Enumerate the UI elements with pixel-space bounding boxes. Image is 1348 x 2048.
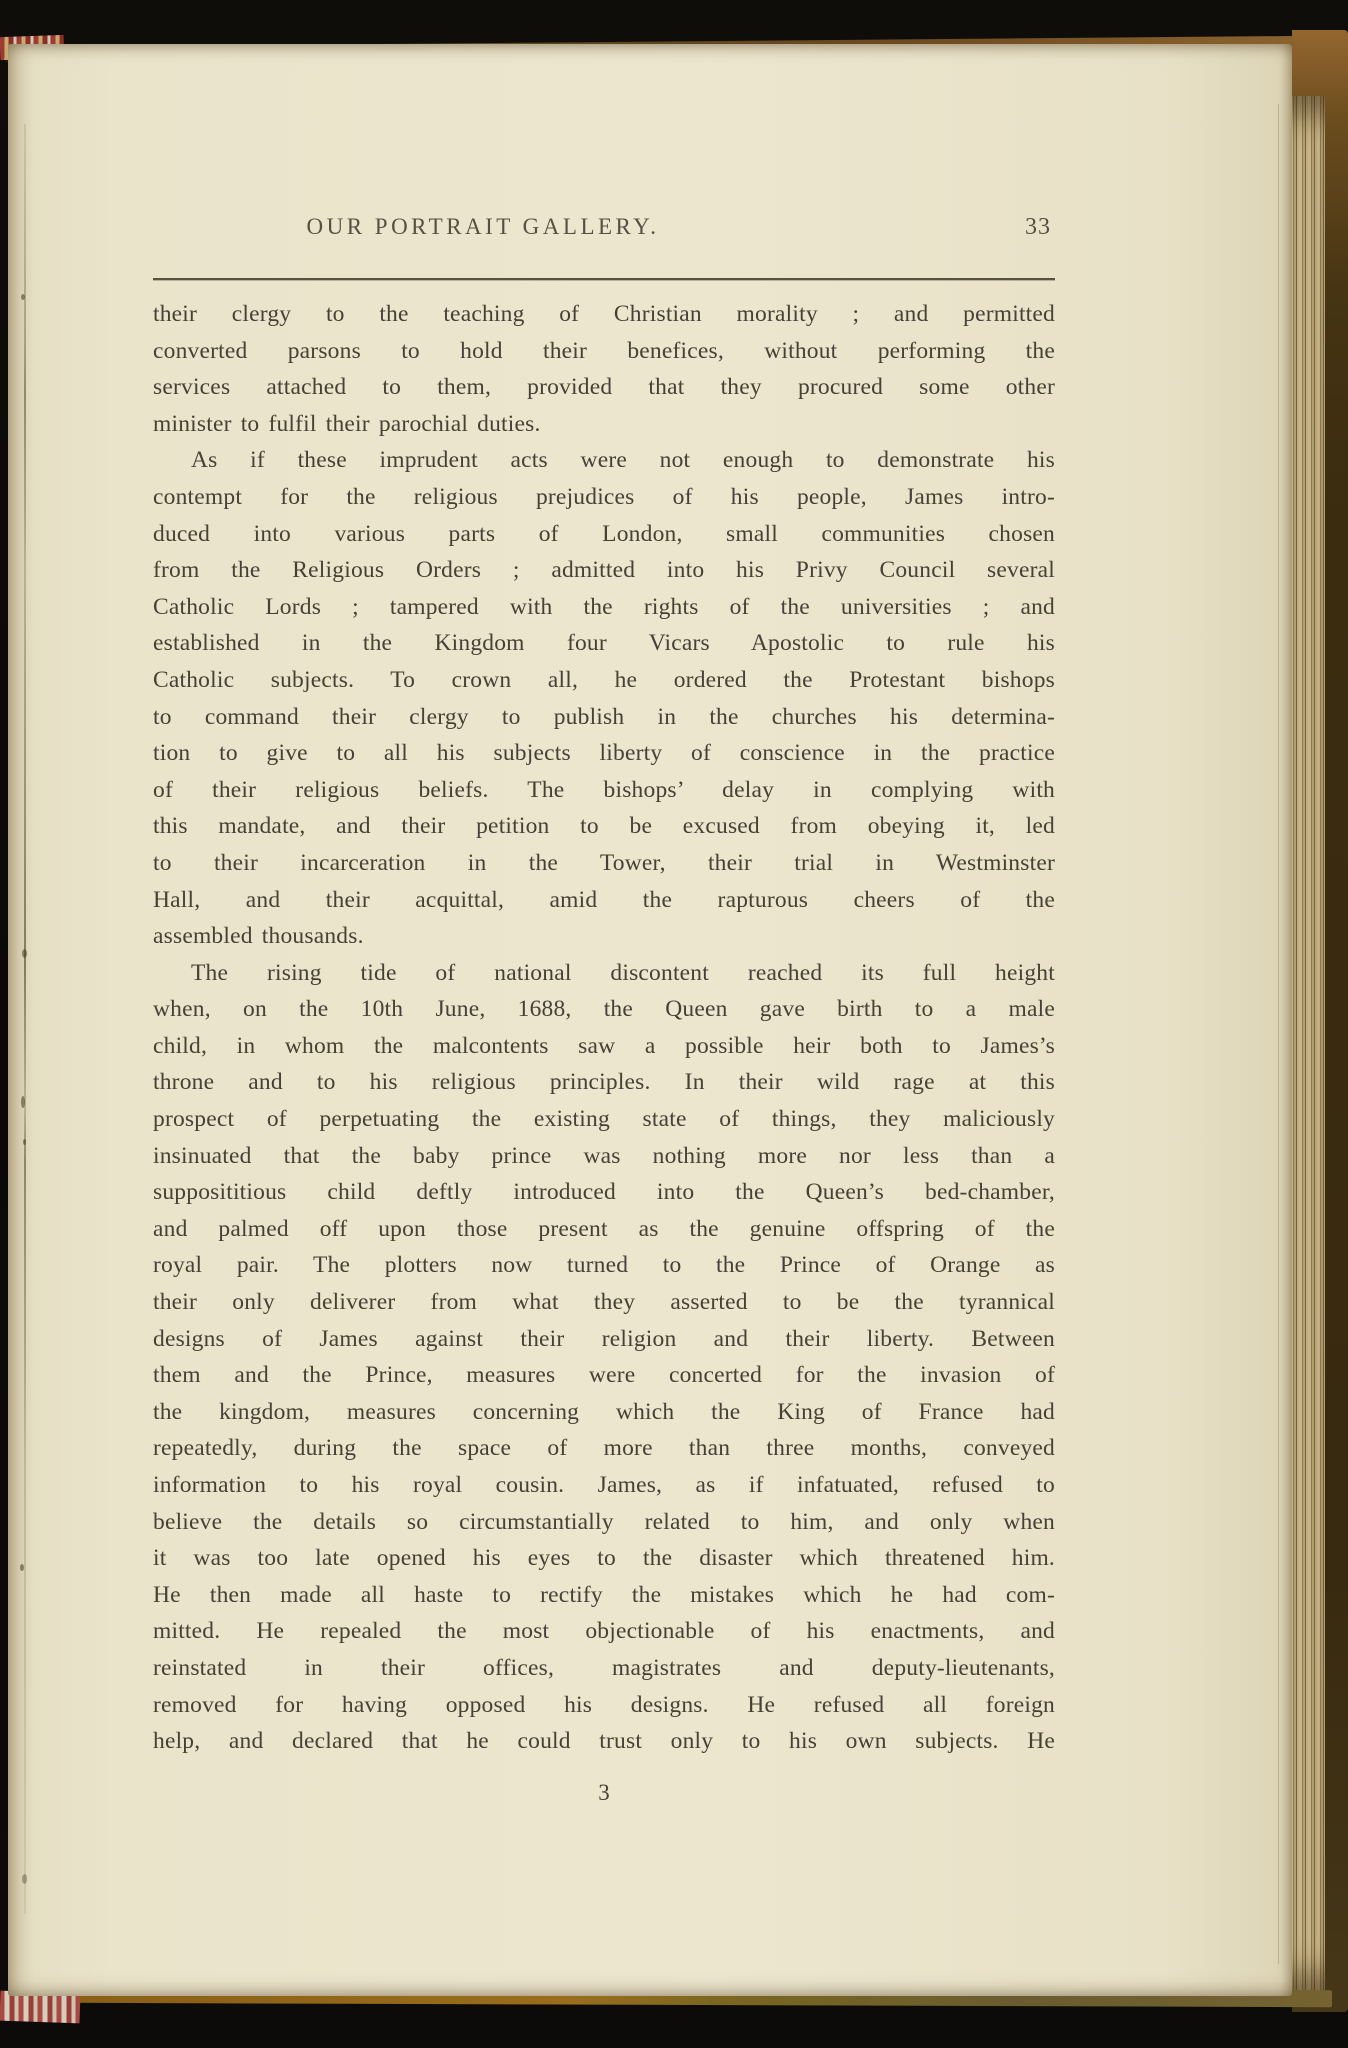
text-line: their only deliverer from what they asse… [153,1284,1055,1321]
page-flaw [21,294,25,300]
running-head: OUR PORTRAIT GALLERY. 33 [153,214,1055,248]
book-scan: OUR PORTRAIT GALLERY. 33 their clergy to… [0,0,1348,2048]
text-line: assembled thousands. [153,918,1055,955]
text-line: repeatedly, during the space of more tha… [153,1430,1055,1467]
text-line: supposititious child deftly introduced i… [153,1174,1055,1211]
signature-mark: 3 [153,1780,1055,1806]
text-line: Catholic subjects. To crown all, he orde… [153,662,1055,699]
text-line: help, and declared that he could trust o… [153,1723,1055,1760]
page-number: 33 [1025,214,1051,241]
text-line: Catholic Lords ; tampered with the right… [153,589,1055,626]
paragraph: their clergy to the teaching of Christia… [153,296,1055,442]
text-line: The rising tide of national discontent r… [153,955,1055,992]
paragraph: As if these imprudent acts were not enou… [153,442,1055,954]
text-line: removed for having opposed his designs. … [153,1687,1055,1724]
text-line: insinuated that the baby prince was noth… [153,1138,1055,1175]
page-flaw [21,1096,25,1108]
text-line: duced into various parts of London, smal… [153,516,1055,553]
text-line: minister to fulfil their parochial dutie… [153,406,1055,443]
paragraph: The rising tide of national discontent r… [153,955,1055,1760]
text-line: As if these imprudent acts were not enou… [153,442,1055,479]
page-flaw [22,1874,27,1884]
text-line: them and the Prince, measures were conce… [153,1357,1055,1394]
text-line: He then made all haste to rectify the mi… [153,1577,1055,1614]
text-line: prospect of perpetuating the existing st… [153,1101,1055,1138]
text-line: mitted. He repealed the most objectionab… [153,1613,1055,1650]
text-line: information to his royal cousin. James, … [153,1467,1055,1504]
text-line: reinstated in their offices, magistrates… [153,1650,1055,1687]
text-line: when, on the 10th June, 1688, the Queen … [153,991,1055,1028]
text-line: the kingdom, measures concerning which t… [153,1394,1055,1431]
text-line: of their religious beliefs. The bishops’… [153,772,1055,809]
text-line: services attached to them, provided that… [153,369,1055,406]
header-rule [153,278,1055,280]
text-line: converted parsons to hold their benefice… [153,333,1055,370]
page-flaw [23,1139,26,1145]
text-line: from the Religious Orders ; admitted int… [153,552,1055,589]
text-line: designs of James against their religion … [153,1321,1055,1358]
text-line: and palmed off upon those present as the… [153,1211,1055,1248]
page-edge-line [1278,104,1279,1964]
book-page: OUR PORTRAIT GALLERY. 33 their clergy to… [8,44,1292,1996]
text-line: throne and to his religious principles. … [153,1064,1055,1101]
page-title: OUR PORTRAIT GALLERY. [153,214,813,240]
text-line: to their incarceration in the Tower, the… [153,845,1055,882]
page-flaw [22,949,27,958]
text-line: child, in whom the malcontents saw a pos… [153,1028,1055,1065]
body-text: their clergy to the teaching of Christia… [153,296,1055,1760]
gutter-crease [24,124,26,1914]
text-line: tion to give to all his subjects liberty… [153,735,1055,772]
text-line: believe the details so circumstantially … [153,1504,1055,1541]
text-line: established in the Kingdom four Vicars A… [153,625,1055,662]
text-line: it was too late opened his eyes to the d… [153,1540,1055,1577]
text-line: contempt for the religious prejudices of… [153,479,1055,516]
text-line: Hall, and their acquittal, amid the rapt… [153,882,1055,919]
text-line: their clergy to the teaching of Christia… [153,296,1055,333]
page-flaw [20,1564,24,1571]
text-line: this mandate, and their petition to be e… [153,808,1055,845]
text-line: to command their clergy to publish in th… [153,699,1055,736]
text-line: royal pair. The plotters now turned to t… [153,1247,1055,1284]
